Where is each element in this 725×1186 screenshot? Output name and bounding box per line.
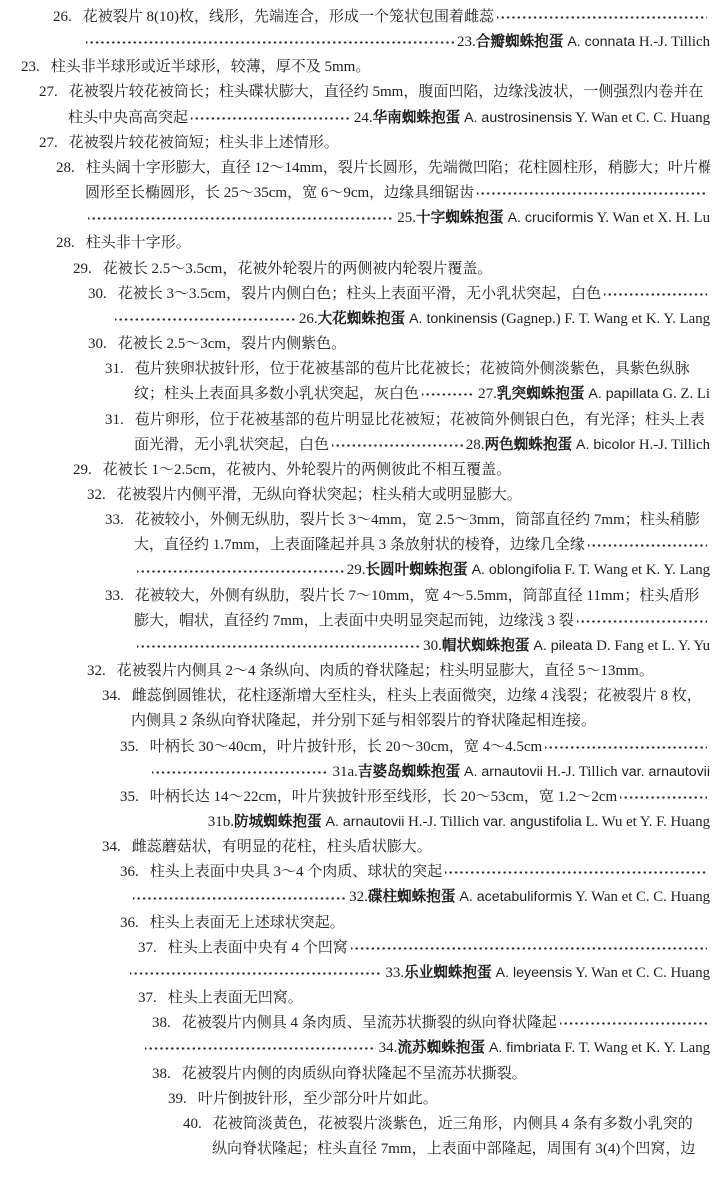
couplet-number: 31. xyxy=(105,357,124,382)
leader-dots xyxy=(137,567,344,576)
species-number: 26. xyxy=(299,311,318,327)
key-lead-line: 34.雌蕊蘑菇状，有明显的花柱，柱头盾状膨大。 xyxy=(0,835,710,860)
key-lead-line: 26.花被裂片 8(10)枚，线形，先端连合，形成一个笼状包围着雌蕊 xyxy=(0,5,710,30)
key-text: 花被裂片较花被筒短；柱头非上述情形。 xyxy=(69,131,339,156)
key-result-line: 26.大花蜘蛛抱蛋 A. tonkinensis (Gagnep.) F. T.… xyxy=(0,307,710,332)
key-text: 柱头阔十字形膨大，直径 12～14mm，裂片长圆形，先端微凹陷；花柱圆柱形，稍膨… xyxy=(86,156,710,181)
key-text: 花被较小，外侧无纵肋，裂片长 3～4mm，宽 2.5～3mm，筒部直径约 7mm… xyxy=(135,508,700,533)
species-chinese-name: 防城蜘蛛抱蛋 xyxy=(234,814,322,830)
key-result-line: 33.乐业蜘蛛抱蛋 A. leyeensis Y. Wan et C. C. H… xyxy=(0,961,710,986)
leader-dots xyxy=(620,793,707,802)
key-lead-line: 31.苞片卵形，位于花被基部的苞片明显比花被短；花被筒外侧银白色，有光泽；柱头上… xyxy=(0,408,710,433)
species-chinese-name: 吉婆岛蜘蛛抱蛋 xyxy=(358,764,460,780)
key-text: 膨大，帽状，直径约 7mm，上表面中央明显突起而钝，边缘浅 3 裂 xyxy=(134,609,574,634)
species-entry: 23.合瓣蜘蛛抱蛋 A. connata H.-J. Tillich xyxy=(457,30,710,55)
key-text: 柱头上表面中央有 4 个凹窝 xyxy=(168,936,348,961)
species-entry: 25.十字蜘蛛抱蛋 A. cruciformis Y. Wan et X. H.… xyxy=(397,206,710,231)
species-latin-name: A. arnautovii xyxy=(322,814,405,830)
leader-dots xyxy=(477,189,707,198)
species-author: F. T. Wang et K. Y. Lang xyxy=(561,562,710,578)
species-chinese-name: 十字蜘蛛抱蛋 xyxy=(416,210,504,226)
species-chinese-name: 流苏蜘蛛抱蛋 xyxy=(397,1040,485,1056)
couplet-number: 28. xyxy=(56,156,75,181)
couplet-number: 30. xyxy=(88,332,107,357)
key-lead-line: 29.花被长 2.5～3.5cm，花被外轮裂片的两侧被内轮裂片覆盖。 xyxy=(0,257,710,282)
species-number: 33. xyxy=(385,965,404,981)
spacer xyxy=(346,340,710,349)
leader-dots xyxy=(560,1019,707,1028)
species-entry: 26.大花蜘蛛抱蛋 A. tonkinensis (Gagnep.) F. T.… xyxy=(299,307,710,332)
leader-dots xyxy=(86,38,454,47)
key-text: 花被长 2.5～3cm，裂片内侧紫色。 xyxy=(118,332,346,357)
couplet-number: 28. xyxy=(56,231,75,256)
key-lead-line: 35.叶柄长 30～40cm，叶片披针形，长 20～30cm，宽 4～4.5cm xyxy=(0,735,710,760)
key-result-line: 34.流苏蜘蛛抱蛋 A. fimbriata F. T. Wang et K. … xyxy=(0,1036,710,1061)
species-number: 27. xyxy=(478,386,497,402)
key-lead-line: 38.花被裂片内侧具 4 条肉质、呈流苏状撕裂的纵向脊状隆起 xyxy=(0,1011,710,1036)
leader-dots xyxy=(445,868,707,877)
species-chinese-name: 帽状蜘蛛抱蛋 xyxy=(442,638,530,654)
species-author: L. Wu et Y. F. Huang xyxy=(582,814,710,830)
species-number: 34. xyxy=(379,1040,398,1056)
key-lead-line: 28.柱头阔十字形膨大，直径 12～14mm，裂片长圆形，先端微凹陷；花柱圆柱形… xyxy=(0,156,710,181)
key-result-line: 29.长圆叶蜘蛛抱蛋 A. oblongifolia F. T. Wang et… xyxy=(0,558,710,583)
key-text: 纹；柱头上表面具多数小乳状突起，灰白色 xyxy=(134,382,419,407)
species-author: Y. Wan et C. C. Huang xyxy=(572,965,710,981)
species-entry: 33.乐业蜘蛛抱蛋 A. leyeensis Y. Wan et C. C. H… xyxy=(385,961,710,986)
key-text: 花被长 3～3.5cm，裂片内侧白色；柱头上表面平滑，无小乳状突起，白色 xyxy=(118,282,601,307)
key-text: 大，直径约 1.7mm，上表面隆起并具 3 条放射状的棱脊，边缘几全缘 xyxy=(134,533,585,558)
key-lead-line: 31.苞片狭卵状披针形，位于花被基部的苞片比花被长；花被筒外侧淡紫色，具紫色纵脉 xyxy=(0,357,710,382)
species-number: 23. xyxy=(457,34,476,50)
species-latin-name: A. austrosinensis xyxy=(460,110,572,126)
key-text: 面光滑，无小乳状突起，白色 xyxy=(134,433,329,458)
spacer xyxy=(699,592,710,601)
spacer xyxy=(492,265,710,274)
key-text: 花被裂片内侧具 4 条肉质、呈流苏状撕裂的纵向脊状隆起 xyxy=(182,1011,557,1036)
key-result-line: 面光滑，无小乳状突起，白色28.两色蜘蛛抱蛋 A. bicolor H.-J. … xyxy=(0,433,710,458)
key-text: 柱头上表面中央具 3～4 个肉质、球状的突起 xyxy=(150,860,443,885)
species-number: 24. xyxy=(354,110,373,126)
key-text: 花被筒淡黄色，花被裂片淡紫色，近三角形，内侧具 4 条有多数小乳突的 xyxy=(213,1112,693,1137)
species-author: (Gagnep.) F. T. Wang et K. Y. Lang xyxy=(497,311,710,327)
species-author: Y. Wan et C. C. Huang xyxy=(572,889,710,905)
species-author: H.-J. Tillich xyxy=(635,34,710,50)
key-result-line: 柱头中央高高突起24.华南蜘蛛抱蛋 A. austrosinensis Y. W… xyxy=(0,106,710,131)
couplet-number: 27. xyxy=(39,131,58,156)
key-lead-line: 36.柱头上表面中央具 3～4 个肉质、球状的突起 xyxy=(0,860,710,885)
species-chinese-name: 华南蜘蛛抱蛋 xyxy=(373,110,461,126)
key-lead-line: 36.柱头上表面无上述球状突起。 xyxy=(0,911,710,936)
couplet-number: 35. xyxy=(120,785,139,810)
leader-dots xyxy=(332,441,463,450)
species-chinese-name: 乐业蜘蛛抱蛋 xyxy=(404,965,492,981)
key-lead-line: 膨大，帽状，直径约 7mm，上表面中央明显突起而钝，边缘浅 3 裂 xyxy=(0,609,710,634)
key-result-line: 30.帽状蜘蛛抱蛋 A. pileata D. Fang et L. Y. Yu xyxy=(0,634,710,659)
key-text: 花被裂片内侧具 2～4 条纵向、肉质的脊状隆起；柱头明显膨大，直径 5～13mm… xyxy=(117,659,654,684)
couplet-number: 26. xyxy=(53,5,72,30)
couplet-number: 32. xyxy=(87,483,106,508)
key-text: 叶柄长达 14～22cm，叶片狭披针形至线形，长 20～53cm，宽 1.2～2… xyxy=(150,785,617,810)
species-number: 29. xyxy=(347,562,366,578)
spacer xyxy=(527,1070,710,1079)
species-author: H.-J. Tillich xyxy=(543,764,618,780)
couplet-number: 23. xyxy=(21,55,40,80)
key-text: 苞片卵形，位于花被基部的苞片明显比花被短；花被筒外侧银白色，有光泽；柱头上表 xyxy=(135,408,705,433)
key-lead-line: 内侧具 2 条纵向脊状隆起，并分别下延与相邻裂片的脊状隆起相连接。 xyxy=(0,709,710,734)
identification-key-page: 26.花被裂片 8(10)枚，线形，先端连合，形成一个笼状包围着雌蕊23.合瓣蜘… xyxy=(0,0,725,1186)
couplet-number: 36. xyxy=(120,911,139,936)
species-entry: 28.两色蜘蛛抱蛋 A. bicolor H.-J. Tillich xyxy=(466,433,710,458)
leader-dots xyxy=(88,214,394,223)
species-latin-name: A. connata xyxy=(563,34,635,50)
species-chinese-name: 碟柱蜘蛛抱蛋 xyxy=(368,889,456,905)
key-lead-line: 39.叶片倒披针形，至少部分叶片如此。 xyxy=(0,1087,710,1112)
leader-dots xyxy=(604,290,707,299)
species-chinese-name: 大花蜘蛛抱蛋 xyxy=(318,311,406,327)
couplet-number: 34. xyxy=(102,684,121,709)
couplet-number: 33. xyxy=(105,584,124,609)
spacer xyxy=(700,516,710,525)
species-author: H.-J. Tillich xyxy=(404,814,479,830)
leader-dots xyxy=(130,969,382,978)
key-result-line: 23.合瓣蜘蛛抱蛋 A. connata H.-J. Tillich xyxy=(0,30,710,55)
leader-dots xyxy=(133,894,346,903)
key-lead-line: 34.雌蕊倒圆锥状，花柱逐渐增大至柱头，柱头上表面微突，边缘 4 浅裂；花被裂片… xyxy=(0,684,710,709)
species-entry: 34.流苏蜘蛛抱蛋 A. fimbriata F. T. Wang et K. … xyxy=(379,1036,710,1061)
key-lead-line: 29.花被长 1～2.5cm，花被内、外轮裂片的两侧彼此不相互覆盖。 xyxy=(0,458,710,483)
leader-dots xyxy=(577,617,707,626)
leader-dots xyxy=(422,390,475,399)
species-entry: 32.碟柱蜘蛛抱蛋 A. acetabuliformis Y. Wan et C… xyxy=(349,885,710,910)
key-lead-line: 33.花被较大，外侧有纵肋，裂片长 7～10mm，宽 4～5.5mm，筒部直径 … xyxy=(0,584,710,609)
leader-dots xyxy=(145,1044,376,1053)
key-text: 花被裂片内侧的肉质纵向脊状隆起不呈流苏状撕裂。 xyxy=(182,1062,527,1087)
key-lead-line: 37.柱头上表面中央有 4 个凹窝 xyxy=(0,936,710,961)
key-text: 雌蕊蘑菇状，有明显的花柱，柱头盾状膨大。 xyxy=(132,835,432,860)
key-text: 花被裂片内侧平滑，无纵向脊状突起；柱头稍大或明显膨大。 xyxy=(117,483,522,508)
leader-dots xyxy=(545,743,707,752)
species-latin-name: A. papillata xyxy=(584,386,658,402)
couplet-number: 29. xyxy=(73,257,92,282)
key-lead-line: 23.柱头非半球形或近半球形，较薄，厚不及 5mm。 xyxy=(0,55,710,80)
dichotomous-key-list: 26.花被裂片 8(10)枚，线形，先端连合，形成一个笼状包围着雌蕊23.合瓣蜘… xyxy=(0,5,710,1162)
species-number: 32. xyxy=(349,889,368,905)
leader-dots xyxy=(588,541,707,550)
key-text: 苞片狭卵状披针形，位于花被基部的苞片比花被长；花被筒外侧淡紫色，具紫色纵脉 xyxy=(135,357,690,382)
couplet-number: 31. xyxy=(105,408,124,433)
key-lead-line: 37.柱头上表面无凹窝。 xyxy=(0,986,710,1011)
key-result-line: 31a.吉婆岛蜘蛛抱蛋 A. arnautovii H.-J. Tillich … xyxy=(0,760,710,785)
couplet-number: 38. xyxy=(152,1011,171,1036)
couplet-number: 34. xyxy=(102,835,121,860)
leader-dots xyxy=(351,944,707,953)
key-text: 雌蕊倒圆锥状，花柱逐渐增大至柱头，柱头上表面微突，边缘 4 浅裂；花被裂片 8 … xyxy=(132,684,702,709)
species-author: G. Z. Li xyxy=(659,386,710,402)
key-lead-line: 纵向脊状隆起；柱头直径 7mm，上表面中部隆起，周围有 3(4)个凹窝，边 xyxy=(0,1137,710,1162)
key-lead-line: 28.柱头非十字形。 xyxy=(0,231,710,256)
leader-dots xyxy=(115,315,296,324)
couplet-number: 37. xyxy=(138,936,157,961)
key-lead-line: 圆形至长椭圆形，长 25～35cm，宽 6～9cm，边缘具细锯齿 xyxy=(0,181,710,206)
key-text: 花被裂片 8(10)枚，线形，先端连合，形成一个笼状包围着雌蕊 xyxy=(83,5,494,30)
couplet-number: 30. xyxy=(88,282,107,307)
species-number: 31a. xyxy=(332,764,357,780)
spacer xyxy=(438,1095,710,1104)
couplet-number: 32. xyxy=(87,659,106,684)
spacer xyxy=(339,139,710,148)
species-entry: 31b.防城蜘蛛抱蛋 A. arnautovii H.-J. Tillich v… xyxy=(208,810,710,835)
species-latin-name: A. bicolor xyxy=(572,437,635,453)
key-result-line: 纹；柱头上表面具多数小乳状突起，灰白色27.乳突蜘蛛抱蛋 A. papillat… xyxy=(0,382,710,407)
species-latin-name: A. tonkinensis xyxy=(405,311,497,327)
couplet-number: 39. xyxy=(168,1087,187,1112)
leader-dots xyxy=(191,114,351,123)
key-text: 花被长 2.5～3.5cm，花被外轮裂片的两侧被内轮裂片覆盖。 xyxy=(103,257,493,282)
leader-dots xyxy=(497,13,707,22)
key-lead-line: 27.花被裂片较花被筒长；柱头碟状膨大，直径约 5mm，腹面凹陷，边缘浅波状，一… xyxy=(0,80,710,105)
couplet-number: 27. xyxy=(39,80,58,105)
key-result-line: 31b.防城蜘蛛抱蛋 A. arnautovii H.-J. Tillich v… xyxy=(0,810,710,835)
species-chinese-name: 乳突蜘蛛抱蛋 xyxy=(497,386,585,402)
key-lead-line: 27.花被裂片较花被筒短；柱头非上述情形。 xyxy=(0,131,710,156)
key-text: 纵向脊状隆起；柱头直径 7mm，上表面中部隆起，周围有 3(4)个凹窝，边 xyxy=(212,1137,695,1162)
spacer xyxy=(705,416,710,425)
key-lead-line: 32.花被裂片内侧具 2～4 条纵向、肉质的脊状隆起；柱头明显膨大，直径 5～1… xyxy=(0,659,710,684)
key-text: 圆形至长椭圆形，长 25～35cm，宽 6～9cm，边缘具细锯齿 xyxy=(85,181,474,206)
species-chinese-name: 两色蜘蛛抱蛋 xyxy=(484,437,572,453)
species-author: F. T. Wang et K. Y. Lang xyxy=(561,1040,710,1056)
species-latin-name: A. leyeensis xyxy=(492,965,572,981)
spacer xyxy=(432,843,710,852)
species-author: D. Fang et L. Y. Yu xyxy=(593,638,710,654)
key-result-line: 32.碟柱蜘蛛抱蛋 A. acetabuliformis Y. Wan et C… xyxy=(0,885,710,910)
couplet-number: 37. xyxy=(138,986,157,1011)
key-lead-line: 35.叶柄长达 14～22cm，叶片狭披针形至线形，长 20～53cm，宽 1.… xyxy=(0,785,710,810)
couplet-number: 40. xyxy=(183,1112,202,1137)
key-lead-line: 30.花被长 3～3.5cm，裂片内侧白色；柱头上表面平滑，无小乳状突起，白色 xyxy=(0,282,710,307)
species-number: 30. xyxy=(423,638,442,654)
spacer xyxy=(522,491,710,500)
spacer xyxy=(693,1120,710,1129)
key-lead-line: 33.花被较小，外侧无纵肋，裂片长 3～4mm，宽 2.5～3mm，筒部直径约 … xyxy=(0,508,710,533)
key-text: 叶片倒披针形，至少部分叶片如此。 xyxy=(198,1087,438,1112)
spacer xyxy=(191,239,710,248)
species-author: H.-J. Tillich xyxy=(635,437,710,453)
couplet-number: 29. xyxy=(73,458,92,483)
key-lead-line: 38.花被裂片内侧的肉质纵向脊状隆起不呈流苏状撕裂。 xyxy=(0,1062,710,1087)
species-latin-name: A. cruciformis xyxy=(504,210,594,226)
spacer xyxy=(654,667,710,676)
species-number: 31b. xyxy=(208,814,234,830)
couplet-number: 33. xyxy=(105,508,124,533)
couplet-number: 35. xyxy=(120,735,139,760)
species-latin-name: A. acetabuliformis xyxy=(455,889,572,905)
species-latin-name: A. pileata xyxy=(529,638,592,654)
key-text: 柱头非十字形。 xyxy=(86,231,191,256)
spacer xyxy=(596,717,710,726)
key-text: 柱头上表面无上述球状突起。 xyxy=(150,911,345,936)
key-text: 叶柄长 30～40cm，叶片披针形，长 20～30cm，宽 4～4.5cm xyxy=(150,735,542,760)
species-latin-name: A. arnautovii xyxy=(460,764,543,780)
species-author: Y. Wan et C. C. Huang xyxy=(572,110,710,126)
species-entry: 29.长圆叶蜘蛛抱蛋 A. oblongifolia F. T. Wang et… xyxy=(347,558,710,583)
key-text: 柱头非半球形或近半球形，较薄，厚不及 5mm。 xyxy=(51,55,371,80)
spacer xyxy=(703,89,710,98)
key-text: 内侧具 2 条纵向脊状隆起，并分别下延与相邻裂片的脊状隆起相连接。 xyxy=(131,709,596,734)
spacer xyxy=(303,994,710,1003)
spacer xyxy=(695,1145,710,1154)
species-entry: 24.华南蜘蛛抱蛋 A. austrosinensis Y. Wan et C.… xyxy=(354,106,710,131)
key-lead-line: 32.花被裂片内侧平滑，无纵向脊状突起；柱头稍大或明显膨大。 xyxy=(0,483,710,508)
species-author: Y. Wan et X. H. Lu xyxy=(594,210,711,226)
species-chinese-name: 长圆叶蜘蛛抱蛋 xyxy=(365,562,467,578)
species-number: 25. xyxy=(397,210,416,226)
key-lead-line: 30.花被长 2.5～3cm，裂片内侧紫色。 xyxy=(0,332,710,357)
spacer xyxy=(690,365,710,374)
key-text: 柱头中央高高突起 xyxy=(68,106,188,131)
key-result-line: 25.十字蜘蛛抱蛋 A. cruciformis Y. Wan et X. H.… xyxy=(0,206,710,231)
species-latin-name: var. arnautovii xyxy=(618,764,710,780)
species-entry: 27.乳突蜘蛛抱蛋 A. papillata G. Z. Li xyxy=(478,382,710,407)
species-entry: 30.帽状蜘蛛抱蛋 A. pileata D. Fang et L. Y. Yu xyxy=(423,634,710,659)
species-latin-name: A. fimbriata xyxy=(485,1040,561,1056)
key-text: 柱头上表面无凹窝。 xyxy=(168,986,303,1011)
species-chinese-name: 合瓣蜘蛛抱蛋 xyxy=(476,34,564,50)
leader-dots xyxy=(152,768,329,777)
species-number: 28. xyxy=(466,437,485,453)
key-text: 花被较大，外侧有纵肋，裂片长 7～10mm，宽 4～5.5mm，筒部直径 11m… xyxy=(135,584,699,609)
key-text: 花被裂片较花被筒长；柱头碟状膨大，直径约 5mm，腹面凹陷，边缘浅波状，一侧强烈… xyxy=(69,80,704,105)
spacer xyxy=(370,63,710,72)
species-entry: 31a.吉婆岛蜘蛛抱蛋 A. arnautovii H.-J. Tillich … xyxy=(332,760,710,785)
spacer xyxy=(511,466,710,475)
leader-dots xyxy=(137,642,420,651)
couplet-number: 38. xyxy=(152,1062,171,1087)
species-latin-name: var. angustifolia xyxy=(479,814,582,830)
spacer xyxy=(345,919,710,928)
key-lead-line: 大，直径约 1.7mm，上表面隆起并具 3 条放射状的棱脊，边缘几全缘 xyxy=(0,533,710,558)
couplet-number: 36. xyxy=(120,860,139,885)
key-text: 花被长 1～2.5cm，花被内、外轮裂片的两侧彼此不相互覆盖。 xyxy=(103,458,511,483)
spacer xyxy=(149,818,208,827)
key-lead-line: 40.花被筒淡黄色，花被裂片淡紫色，近三角形，内侧具 4 条有多数小乳突的 xyxy=(0,1112,710,1137)
spacer xyxy=(702,692,710,701)
species-latin-name: A. oblongifolia xyxy=(468,562,561,578)
